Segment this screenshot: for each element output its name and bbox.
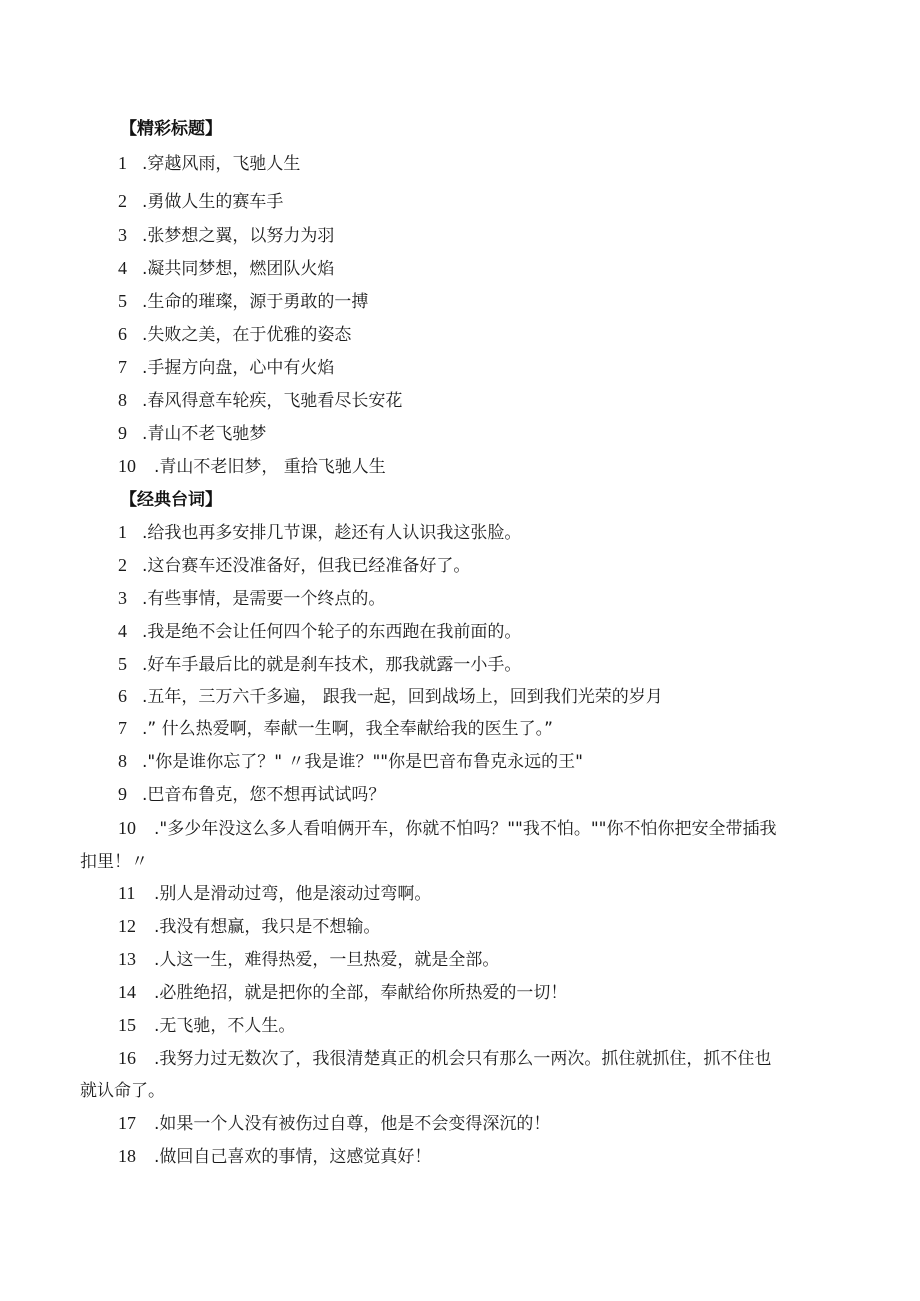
- list-item: 7.手握方向盘，心中有火焰: [118, 353, 334, 378]
- list-item: 6.五年，三万六千多遍， 跟我一起，回到战场上，回到我们光荣的岁月: [118, 682, 663, 707]
- section-heading-titles: 【精彩标题】: [120, 114, 222, 139]
- item-text: .青山不老飞驰梦: [142, 424, 266, 444]
- item-number: 18: [118, 1146, 154, 1167]
- item-number: 9: [118, 784, 142, 805]
- list-item: 6.失败之美，在于优雅的姿态: [118, 320, 351, 345]
- list-item: 10."多少年没这么多人看咱俩开车，你就不怕吗？""我不怕。""你不怕你把安全带…: [118, 814, 777, 839]
- list-item: 12.我没有想赢，我只是不想输。: [118, 912, 380, 937]
- item-number: 16: [118, 1048, 154, 1069]
- item-text: .我努力过无数次了，我很清楚真正的机会只有那么一两次。抓住就抓住，抓不住也: [154, 1049, 771, 1069]
- list-item: 18.做回自己喜欢的事情，这感觉真好！: [118, 1142, 431, 1167]
- list-item: 8.春风得意车轮疾，飞驰看尽长安花: [118, 386, 402, 411]
- item-number: 10: [118, 456, 154, 477]
- item-text: .做回自己喜欢的事情，这感觉真好！: [154, 1147, 431, 1167]
- item-number: 6: [118, 686, 142, 707]
- item-number: 8: [118, 390, 142, 411]
- list-item: 8."你是谁你忘了？" 〃我是谁？""你是巴音布鲁克永远的王": [118, 747, 583, 772]
- item-text: .有些事情，是需要一个终点的。: [142, 589, 385, 609]
- document-page: 【精彩标题】 1.穿越风雨，飞驰人生 2.勇做人生的赛车手 3.张梦想之翼，以努…: [0, 0, 920, 1301]
- list-item: 3.张梦想之翼，以努力为羽: [118, 221, 334, 246]
- item-number: 3: [118, 588, 142, 609]
- item-number: 7: [118, 357, 142, 378]
- list-item: 5.生命的璀璨，源于勇敢的一搏: [118, 287, 368, 312]
- item-text: .别人是滑动过弯，他是滚动过弯啊。: [154, 884, 431, 904]
- item-number: 5: [118, 654, 142, 675]
- item-number: 1: [118, 522, 142, 543]
- item-number: 9: [118, 423, 142, 444]
- list-item: 1.穿越风雨，飞驰人生: [118, 149, 300, 174]
- list-item: 14.必胜绝招，就是把你的全部，奉献给你所热爱的一切！: [118, 978, 567, 1003]
- item-text: .” 什么热爱啊，奉献一生啊，我全奉献给我的医生了。”: [142, 719, 553, 739]
- item-text: .人这一生，难得热爱，一旦热爱，就是全部。: [154, 950, 499, 970]
- item-number: 3: [118, 225, 142, 246]
- list-item-continuation: 就认命了。: [80, 1076, 165, 1101]
- item-text: .穿越风雨，飞驰人生: [142, 154, 300, 174]
- item-text: .如果一个人没有被伤过自尊，他是不会变得深沉的！: [154, 1114, 550, 1134]
- list-item: 10.青山不老旧梦， 重拾飞驰人生: [118, 452, 386, 477]
- item-text: .必胜绝招，就是把你的全部，奉献给你所热爱的一切！: [154, 983, 567, 1003]
- item-number: 5: [118, 291, 142, 312]
- item-text: .好车手最后比的就是刹车技术，那我就露一小手。: [142, 655, 521, 675]
- item-text: .这台赛车还没准备好，但我已经准备好了。: [142, 556, 470, 576]
- list-item: 15.无飞驰，不人生。: [118, 1011, 295, 1036]
- item-text: .我是绝不会让任何四个轮子的东西跑在我前面的。: [142, 622, 521, 642]
- item-text: .张梦想之翼，以努力为羽: [142, 226, 334, 246]
- list-item: 7.” 什么热爱啊，奉献一生啊，我全奉献给我的医生了。”: [118, 714, 553, 739]
- item-text: .我没有想赢，我只是不想输。: [154, 917, 380, 937]
- item-number: 7: [118, 718, 142, 739]
- item-number: 11: [118, 883, 154, 904]
- item-text: .青山不老旧梦， 重拾飞驰人生: [154, 457, 386, 477]
- item-text: ."多少年没这么多人看咱俩开车，你就不怕吗？""我不怕。""你不怕你把安全带插我: [154, 819, 777, 839]
- list-item: 4.凝共同梦想，燃团队火焰: [118, 254, 334, 279]
- item-number: 2: [118, 555, 142, 576]
- item-text: .给我也再多安排几节课，趁还有人认识我这张脸。: [142, 523, 521, 543]
- list-item: 2.这台赛车还没准备好，但我已经准备好了。: [118, 551, 470, 576]
- item-text: ."你是谁你忘了？" 〃我是谁？""你是巴音布鲁克永远的王": [142, 752, 583, 772]
- list-item: 4.我是绝不会让任何四个轮子的东西跑在我前面的。: [118, 617, 521, 642]
- list-item: 2.勇做人生的赛车手: [118, 187, 283, 212]
- item-text: .凝共同梦想，燃团队火焰: [142, 259, 334, 279]
- item-number: 1: [118, 153, 142, 174]
- item-text: .巴音布鲁克，您不想再试试吗？: [142, 785, 385, 805]
- section-heading-quotes: 【经典台词】: [120, 485, 222, 510]
- item-number: 4: [118, 621, 142, 642]
- item-text: .生命的璀璨，源于勇敢的一搏: [142, 292, 368, 312]
- item-number: 12: [118, 916, 154, 937]
- item-number: 15: [118, 1015, 154, 1036]
- item-number: 14: [118, 982, 154, 1003]
- item-number: 4: [118, 258, 142, 279]
- item-text: .春风得意车轮疾，飞驰看尽长安花: [142, 391, 402, 411]
- list-item: 11.别人是滑动过弯，他是滚动过弯啊。: [118, 879, 431, 904]
- item-number: 2: [118, 191, 142, 212]
- list-item: 13.人这一生，难得热爱，一旦热爱，就是全部。: [118, 945, 499, 970]
- item-text: .五年，三万六千多遍， 跟我一起，回到战场上，回到我们光荣的岁月: [142, 687, 663, 707]
- item-number: 13: [118, 949, 154, 970]
- item-number: 10: [118, 818, 154, 839]
- list-item: 16.我努力过无数次了，我很清楚真正的机会只有那么一两次。抓住就抓住，抓不住也: [118, 1044, 771, 1069]
- item-text: .失败之美，在于优雅的姿态: [142, 325, 351, 345]
- item-number: 17: [118, 1113, 154, 1134]
- item-number: 6: [118, 324, 142, 345]
- list-item: 5.好车手最后比的就是刹车技术，那我就露一小手。: [118, 650, 521, 675]
- list-item: 9.青山不老飞驰梦: [118, 419, 266, 444]
- list-item-continuation: 扣里！〃: [80, 847, 148, 872]
- list-item: 3.有些事情，是需要一个终点的。: [118, 584, 385, 609]
- item-text: .勇做人生的赛车手: [142, 192, 283, 212]
- list-item: 1.给我也再多安排几节课，趁还有人认识我这张脸。: [118, 518, 521, 543]
- list-item: 17.如果一个人没有被伤过自尊，他是不会变得深沉的！: [118, 1109, 550, 1134]
- list-item: 9.巴音布鲁克，您不想再试试吗？: [118, 780, 385, 805]
- item-text: .无飞驰，不人生。: [154, 1016, 295, 1036]
- item-text: .手握方向盘，心中有火焰: [142, 358, 334, 378]
- item-number: 8: [118, 751, 142, 772]
